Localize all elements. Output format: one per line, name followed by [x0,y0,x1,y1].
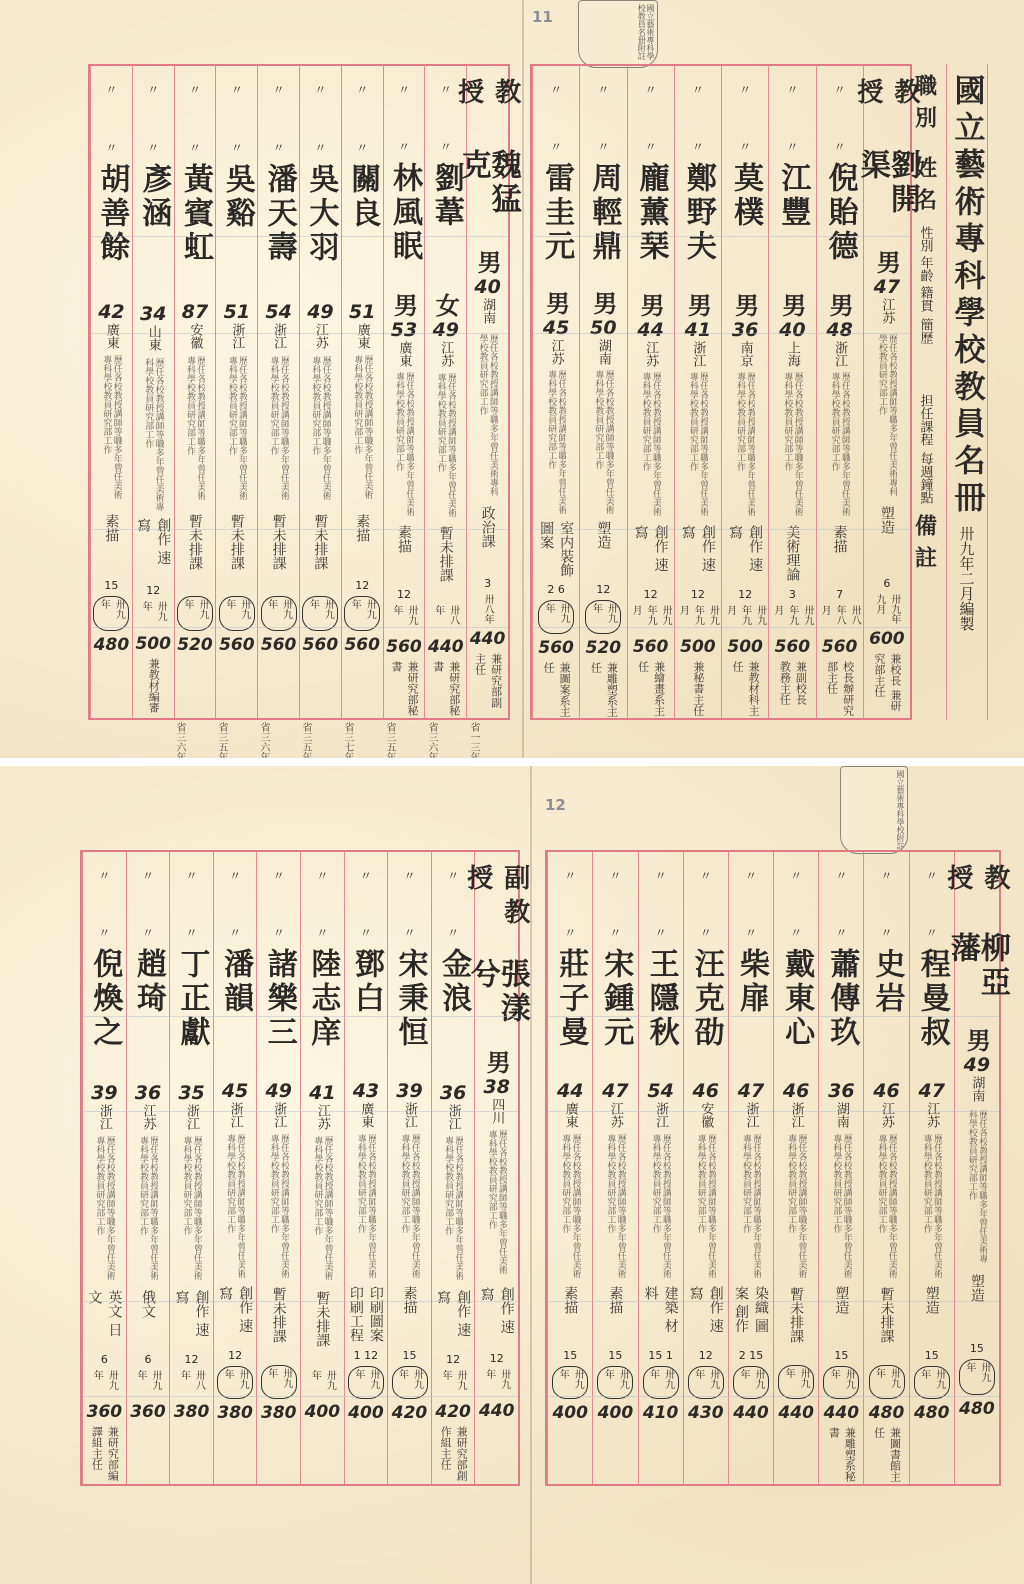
ditto-mark: 〃 [564,927,576,940]
guide-line [82,1396,518,1397]
ditto-mark: 〃 [609,870,621,883]
teacher-origin: 浙江 [688,341,707,369]
teacher-age: 47 [602,1080,628,1102]
start-date: 卅九年 [585,600,621,633]
page-number: 12 [545,796,566,814]
teacher-origin: 江苏 [641,341,660,369]
teacher-resume: 歷任各校教授講師等職多年曾任美術專科學校教員研究部工作 [650,1134,671,1280]
monthly-salary: 440 [733,1403,769,1423]
teacher-origin: 江苏 [877,1102,896,1130]
roster-row: 〃 〃 胡善餘 42 廣東 歷任各校教授講師等職多年曾任美術專科學校教員研究部工… [90,66,132,718]
weekly-hours: 7 [836,588,843,601]
teacher-remark: 兼研究部編譯組主任 [88,1426,120,1484]
teacher-course: 素描 [605,1286,625,1343]
teacher-name: 潘韻 [220,948,250,1078]
weekly-hours: 2 15 [739,1349,764,1362]
teacher-name: 蕭傳玖 [826,948,856,1078]
ditto-mark: 〃 [655,927,667,940]
guide-line [82,1016,518,1017]
teacher-origin: 廣東 [102,323,121,352]
roster-row: 〃 〃 關良 51 廣東 歷任各校教授講師等職多年曾任美術專科學校教員研究部工作… [341,66,383,718]
ditto-mark: 〃 [739,141,751,154]
monthly-salary: 480 [94,635,130,655]
start-date: 卅九年 [778,1365,814,1399]
roster-row: 〃 〃 黃賓虹 87 安徽 歷任各校教授講師等職多年曾任美術專科學校教員研究部工… [174,66,216,718]
start-date: 卅九年 [261,596,297,631]
teacher-age: 47 [918,1080,944,1102]
ditto-mark: 〃 [273,84,285,98]
roster-row: 〃 〃 劉葦 女 49 江苏 歷任各校教授講師等職多年曾任美術專科學校教員研究部… [424,66,466,718]
teacher-course: 塑造 [831,1286,851,1343]
start-date: 卅八年 [177,1370,207,1398]
teacher-course: 素描 [400,1286,420,1343]
teacher-resume: 歷任各校教授講師等職多年曾任美術專科學校教員研究部工作 [310,356,331,509]
teacher-sex: 男 [775,293,810,317]
teacher-name: 鄧白 [351,948,381,1078]
teacher-resume: 歷任各校教授講師等職多年曾任美術專科學校教員研究部工作 [268,356,289,509]
teacher-age: 49 [266,1080,292,1102]
roster-row: 〃 〃 金浪 36 浙江 歷任各校教授講師等職多年曾任美術專科學校教員研究部工作… [431,852,475,1484]
teacher-remark: 兼教材編審 [145,658,161,718]
teacher-resume: 歷任各校教授講師等職多年曾任美術專科學校教員研究部工作 [560,1134,581,1280]
teacher-name: 金浪 [438,948,468,1080]
teacher-age: 39 [91,1082,117,1104]
teacher-course: 政治課 [478,506,498,571]
teacher-origin: 廣東 [356,1102,375,1130]
teacher-course: 素描 [560,1286,580,1343]
ditto-mark: 〃 [147,84,159,98]
teacher-sex: 女 [428,293,463,317]
weekly-hours: 3 [789,588,796,601]
teacher-name: 莊子曼 [555,948,585,1078]
start-date: 卅九年 [302,596,338,631]
teacher-course: 創作 速寫 [477,1287,517,1346]
teacher-remark: 兼雕塑系秘書 [825,1427,857,1484]
teacher-remark: 兼圖案系主任 [540,662,572,718]
teacher-course: 素描 [830,525,850,582]
roster-row: 〃 〃 倪貽德 男 48 浙江 歷任各校教授講師等職多年曾任美術專科學校教員研究… [816,66,863,718]
teacher-origin: 安徽 [696,1102,715,1130]
teacher-name: 陸志庠 [307,948,337,1080]
teacher-age: 40 [474,276,500,298]
teacher-origin: 浙江 [444,1104,463,1132]
ditto-mark: 〃 [440,84,452,97]
teacher-age: 42 [98,301,124,323]
roster-row: 〃 〃 陸志庠 41 江苏 歷任各校教授講師等職多年曾任美術專科學校教員研究部工… [300,852,344,1484]
ditto-mark: 〃 [926,927,938,940]
ditto-mark: 〃 [700,870,712,883]
page-spread-11: 11 國立藝術專科學校教員名冊附註 教授 劉開渠 男 47 江苏 歷任各校教授講… [0,0,1024,792]
roster-row: 〃 〃 倪煥之 39 浙江 歷任各校教授講師等職多年曾任美術專科學校教員研究部工… [82,852,126,1484]
start-date: 卅八年 [480,594,495,625]
teacher-name: 宋秉恒 [395,948,425,1078]
guide-line [547,1016,999,1017]
teacher-course: 創作 速寫 [215,1286,255,1343]
teacher-origin: 江苏 [922,1102,941,1130]
teacher-resume: 歷任各校教授講師等職多年曾任美術專科學校教員研究部工作 [94,1136,115,1284]
ditto-mark: 〃 [550,141,562,154]
monthly-salary: 440 [428,637,464,657]
monthly-salary: 440 [470,629,506,649]
teacher-origin: 浙江 [651,1102,670,1130]
ditto-mark: 〃 [786,141,798,154]
teacher-age: 49 [964,1054,990,1076]
ditto-mark: 〃 [186,870,198,883]
monthly-salary: 380 [261,1403,297,1423]
teacher-sex: 男 [728,293,763,317]
monthly-salary: 500 [135,634,171,654]
start-date: 卅九年 [348,1366,384,1400]
start-date: 卅九年 [552,1366,588,1400]
teacher-resume: 歷任各校教授講師等職多年曾任美術專科學校教員研究部工作 [138,1136,159,1284]
teacher-course: 創作 速寫 [631,525,671,582]
teacher-resume: 歷任各校教授講師等職多年曾任美術專科學校教員研究部工作 [352,355,373,507]
teacher-age: 44 [637,319,663,341]
header-name: 姓名 [910,156,941,220]
teacher-name: 關良 [347,163,377,298]
teacher-name: 黃賓虹 [180,163,210,299]
weekly-hours: 12 [146,584,160,597]
weekly-hours: 12 [644,588,658,601]
teacher-origin: 浙江 [787,1102,806,1130]
date-note: 卅九年二月編製 [957,526,978,631]
ditto-mark: 〃 [189,84,201,98]
teacher-name: 諸樂三 [264,948,294,1078]
teacher-course: 素描 [101,514,121,573]
teacher-age: 46 [693,1080,719,1102]
ditto-mark: 〃 [231,142,243,156]
teacher-course: 塑造 [922,1286,942,1343]
start-date: 卅九年 [217,1366,253,1400]
guide-line [82,1301,518,1302]
teacher-resume: 歷任各校教授講師等職多年曾任美術專科學校教員研究部工作 [101,355,122,507]
teacher-origin: 安徽 [186,323,205,352]
teacher-origin: 江苏 [606,1102,625,1130]
teacher-origin: 湖南 [832,1102,851,1130]
weekly-hours: 1 12 [354,1349,379,1362]
ditto-mark: 〃 [597,84,609,97]
teacher-resume: 歷任各校教授講師等職多年曾任美術專科學校教員研究部工作 [688,372,709,519]
teacher-origin: 湖南 [478,298,497,329]
weekly-hours: 12 [596,583,610,596]
header-remarks: 備註 [910,514,941,578]
margin-note: 省一三年 [466,722,481,762]
start-date: 卅九年 [89,1370,119,1398]
start-date: 卅九年 [914,1366,950,1400]
start-date: 卅九年 [959,1359,995,1395]
start-date: 卅九年 [688,1366,724,1400]
ditto-mark: 〃 [316,927,328,940]
teacher-resume: 歷任各校教授講師等職多年曾任美術專科學校教員研究部工作 [829,372,850,519]
ditto-mark: 〃 [142,870,154,883]
teacher-course: 暫未排課 [310,514,330,573]
ditto-mark: 〃 [881,927,893,940]
teacher-resume: 歷任各校教授講師等職多年曾任美術專科學校教員研究部工作 [356,1134,377,1280]
start-date: 卅八年八月 [817,605,862,633]
start-date: 卅九年九月 [675,605,720,633]
ditto-mark: 〃 [273,870,285,883]
ditto-mark: 〃 [692,141,704,154]
start-date: 卅九年 [138,601,168,630]
weekly-hours: 12 [397,588,411,601]
teacher-remark: 校長辦研究部主任 [824,661,856,718]
teacher-age: 46 [873,1080,899,1102]
teacher-age: 51 [224,301,250,323]
monthly-salary: 520 [586,638,622,658]
teacher-resume: 歷任各校教授講師等職多年曾任美術專科學校教員研究部工作 [695,1134,716,1280]
ditto-mark: 〃 [98,870,110,883]
teacher-resume: 歷任各校教授講師等職多年曾任美術專科學校教員研究部工作 [181,1136,202,1284]
weekly-hours: 12 [228,1349,242,1362]
roster-row: 〃 〃 彥涵 34 山東 歷任各校教授講師等職多年曾任美術專科學校教員研究部工作… [132,66,174,718]
teacher-age: 36 [135,1082,161,1104]
teacher-name: 潘天壽 [264,163,294,299]
teacher-resume: 歷任各校教授講師等職多年曾任美術專科學校教員研究部工作 [225,1134,246,1280]
ditto-mark: 〃 [398,84,410,97]
ditto-mark: 〃 [142,927,154,940]
teacher-course: 創作 速寫 [433,1290,473,1348]
start-date: 卅九年 [392,1366,428,1400]
weekly-hours: 12 [185,1353,199,1366]
monthly-salary: 380 [174,1402,210,1422]
guide-line [532,333,910,334]
guide-line [90,627,508,628]
ditto-mark: 〃 [360,927,372,940]
teacher-course: 暫未排課 [786,1287,806,1344]
teacher-remark: 兼研究部秘書 [430,661,462,718]
teacher-age: 48 [826,319,852,341]
teacher-age: 45 [222,1080,248,1102]
teacher-age: 36 [828,1080,854,1102]
teacher-origin: 廣東 [395,341,414,369]
roster-table-left-bottom: 副教授 張漾兮 男 38 四川 歷任各校教授講師等職多年曾任美術專科學校教員研究… [80,850,520,1486]
teacher-name: 戴東心 [781,948,811,1078]
roster-row: 〃 〃 周輕鼎 男 50 湖南 歷任各校教授講師等職多年曾任美術專科學校教員研究… [579,66,626,718]
teacher-remark: 兼研究部副主任 [472,653,504,718]
teacher-age: 54 [265,301,291,323]
teacher-remark: 兼秘書主任 [690,661,706,718]
start-date: 卅九年 [823,1366,859,1400]
teacher-origin: 廣東 [561,1102,580,1130]
teacher-name: 彥涵 [138,163,168,300]
ditto-mark: 〃 [316,870,328,883]
guide-line [532,236,910,237]
teacher-name: 趙琦 [133,948,163,1080]
teacher-remark: 兼繪畫系主任 [635,661,667,718]
ditto-mark: 〃 [105,142,117,156]
teacher-resume: 歷任各校教授講師等職多年曾任美術專科學校教員研究部工作 [268,1134,289,1281]
ditto-mark: 〃 [186,927,198,940]
teacher-origin: 浙江 [226,1102,245,1130]
roster-row: 〃 〃 雷圭元 男 45 江苏 歷任各校教授講師等職多年曾任美術專科學校教員研究… [532,66,579,718]
teacher-course: 暫未排課 [227,514,247,573]
page-spread-12: 12 國立藝術專科學校附註 教授 柳亞藩 男 49 湖南 歷任各校教授講師等職多… [0,766,1024,1584]
teacher-course: 塑造 [967,1274,987,1335]
teacher-age: 49 [307,301,333,323]
start-date: 卅九年 [438,1370,468,1398]
teacher-name: 宋鍾元 [600,948,630,1078]
roster-row: 〃 〃 宋秉恒 39 浙江 歷任各校教授講師等職多年曾任美術專科學校教員研究部工… [387,852,431,1484]
roster-row: 〃 〃 潘韻 45 浙江 歷任各校教授講師等職多年曾任美術專科學校教員研究部工作… [213,852,257,1484]
teacher-resume: 歷任各校教授講師等職多年曾任美術專科學校教員研究部工作 [921,1134,942,1280]
ditto-mark: 〃 [564,870,576,883]
ditto-mark: 〃 [440,141,452,154]
teacher-age: 44 [557,1080,583,1102]
roster-row: 教授 魏猛克 男 40 湖南 歷任各校教授講師等職多年曾任美術專科學校教員研究部… [466,66,508,718]
teacher-age: 41 [309,1082,335,1104]
start-date: 卅九年 [133,1370,163,1398]
ditto-mark: 〃 [739,84,751,97]
teacher-origin: 江苏 [311,323,330,352]
teacher-name: 程曼叔 [917,948,947,1078]
ditto-mark: 〃 [645,141,657,154]
teacher-course: 素描 [352,514,372,573]
start-date: 卅九年九月 [723,605,768,633]
teacher-age: 35 [178,1082,204,1104]
ditto-mark: 〃 [692,84,704,97]
teacher-course: 創作 速寫 [133,518,173,578]
weekly-hours: 15 [608,1349,622,1362]
header-hours: 每週鐘點 [916,452,935,504]
teacher-course: 素描 [394,525,414,582]
monthly-salary: 560 [822,637,858,657]
teacher-course: 俄文 [138,1290,158,1348]
teacher-course: 創作 速寫 [725,525,765,582]
monthly-salary: 400 [552,1403,588,1423]
annotation-slip: 國立藝術專科學校附註 [840,766,908,854]
monthly-salary: 440 [778,1403,814,1423]
teacher-name: 丁正獻 [177,948,207,1080]
ditto-mark: 〃 [834,84,846,97]
guide-line [532,627,910,628]
teacher-sex: 男 [680,293,715,317]
teacher-age: 51 [349,301,375,323]
start-date: 卅九年 [261,1365,297,1399]
teacher-resume: 歷任各校教授講師等職多年曾任美術專科學校教員研究部工作 [185,356,206,509]
ditto-mark: 〃 [550,84,562,97]
ditto-mark: 〃 [609,927,621,940]
teacher-course: 暫未排課 [436,526,456,583]
ditto-mark: 〃 [835,927,847,940]
weekly-hours: 15 [925,1349,939,1362]
teacher-resume: 歷任各校教授講師等職多年曾任美術專科學校教員研究部工作 [226,356,247,509]
weekly-hours: 12 [446,1353,460,1366]
teacher-origin: 浙江 [269,323,288,352]
monthly-salary: 480 [914,1403,950,1423]
margin-note: 省三五年 [382,722,397,762]
header-resume: 簡歷 [916,318,935,344]
teacher-course: 創作 速寫 [686,1286,726,1343]
teacher-age: 54 [647,1080,673,1102]
teacher-course: 暫未排課 [877,1287,897,1344]
teacher-age: 46 [783,1080,809,1102]
teacher-name: 王隱秋 [646,948,676,1078]
start-date: 卅九年 [219,596,255,631]
roster-header: 國立藝術專科學校教員名冊 卅九年二月編製 職別 姓名 性別 年齡 籍貫 簡歷 担… [870,64,988,720]
header-course: 担任課程 [916,394,935,446]
teacher-origin: 江苏 [313,1104,332,1132]
teacher-remark: 兼教材科主任 [729,661,761,718]
teacher-name: 吳谿 [222,163,252,299]
ditto-mark: 〃 [645,84,657,97]
roster-row: 教授 柳亞藩 男 49 湖南 歷任各校教授講師等職多年曾任美術專科學校教員研究部… [954,852,999,1484]
monthly-salary: 520 [177,635,213,655]
ditto-mark: 〃 [314,84,326,98]
roster-row: 〃 〃 潘天壽 54 浙江 歷任各校教授講師等職多年曾任美術專科學校教員研究部工… [257,66,299,718]
roster-row: 〃 〃 丁正獻 35 浙江 歷任各校教授講師等職多年曾任美術專科學校教員研究部工… [169,852,213,1484]
teacher-name: 胡善餘 [96,163,126,298]
ditto-mark: 〃 [229,927,241,940]
start-date: 卅九年 [869,1365,905,1399]
teacher-course: 建築 材料 [641,1286,681,1343]
document-title: 國立藝術專科學校教員名冊 [945,74,990,518]
monthly-salary: 420 [435,1402,471,1422]
guide-line [82,1111,518,1112]
ditto-mark: 〃 [147,142,159,156]
guide-line [90,333,508,334]
margin-note: 省三六年 [172,722,187,762]
margin-note: 省三五年 [298,722,313,762]
teacher-age: 41 [685,319,711,341]
teacher-age: 36 [732,319,758,341]
teacher-name: 劉葦 [431,162,461,293]
roster-row: 〃 〃 柴扉 47 浙江 歷任各校教授講師等職多年曾任美術專科學校教員研究部工作… [728,852,773,1484]
ditto-mark: 〃 [447,927,459,940]
teacher-name: 張漾兮 [467,958,527,1050]
ditto-mark: 〃 [229,870,241,883]
page-number: 11 [532,8,553,26]
teacher-remark: 兼研究部秘書 [388,661,420,718]
monthly-salary: 360 [87,1402,123,1422]
monthly-salary: 560 [219,635,255,655]
teacher-name: 柴扉 [736,948,766,1078]
teacher-age: 47 [738,1080,764,1102]
teacher-age: 39 [396,1080,422,1102]
teacher-resume: 歷任各校教授講師等職多年曾任美術專科學校教員研究部工作 [143,358,164,512]
guide-line [532,529,910,530]
teacher-resume: 歷任各校教授講師等職多年曾任美術專科學校教員研究部工作 [605,1134,626,1280]
weekly-hours: 2 6 [547,583,565,596]
teacher-resume: 歷任各校教授講師等職多年曾任美術專科學校教員研究部工作 [399,1134,420,1280]
roster-row: 副教授 張漾兮 男 38 四川 歷任各校教授講師等職多年曾任美術專科學校教員研究… [474,852,518,1484]
teacher-origin: 江苏 [138,1104,157,1132]
roster-row: 〃 〃 鄭野夫 男 41 浙江 歷任各校教授講師等職多年曾任美術專科學校教員研究… [674,66,721,718]
ditto-mark: 〃 [790,870,802,883]
roster-row: 〃 〃 林風眠 男 53 廣東 歷任各校教授講師等職多年曾任美術專科學校教員研究… [383,66,425,718]
ditto-mark: 〃 [98,927,110,940]
start-date: 卅九年 [93,596,129,631]
teacher-origin: 浙江 [182,1104,201,1132]
teacher-course: 創作 速寫 [678,525,718,582]
roster-row: 〃 〃 史岩 46 江苏 歷任各校教授講師等職多年曾任美術專科學校教員研究部工作… [863,852,908,1484]
ditto-mark: 〃 [273,927,285,940]
monthly-salary: 560 [386,637,422,657]
ditto-mark: 〃 [356,142,368,156]
teacher-origin: 山東 [144,325,163,354]
ditto-mark: 〃 [447,870,459,883]
teacher-age: 43 [353,1080,379,1102]
teacher-course: 創作 速寫 [172,1290,212,1348]
teacher-resume: 歷任各校教授講師等職多年曾任美術專科學校教員研究部工作 [486,1130,507,1281]
teacher-name: 倪貽德 [825,162,855,292]
teacher-age: 53 [391,319,417,341]
teacher-origin: 浙江 [269,1102,288,1130]
start-date: 卅九年 [307,1370,337,1398]
teacher-resume: 歷任各校教授講師等職多年曾任美術專科學校教員研究部工作 [394,372,415,519]
ditto-mark: 〃 [189,142,201,156]
teacher-resume: 歷任各校教授講師等職多年曾任美術專科學校教員研究部工作 [967,1110,988,1268]
teacher-name: 史岩 [872,948,902,1078]
